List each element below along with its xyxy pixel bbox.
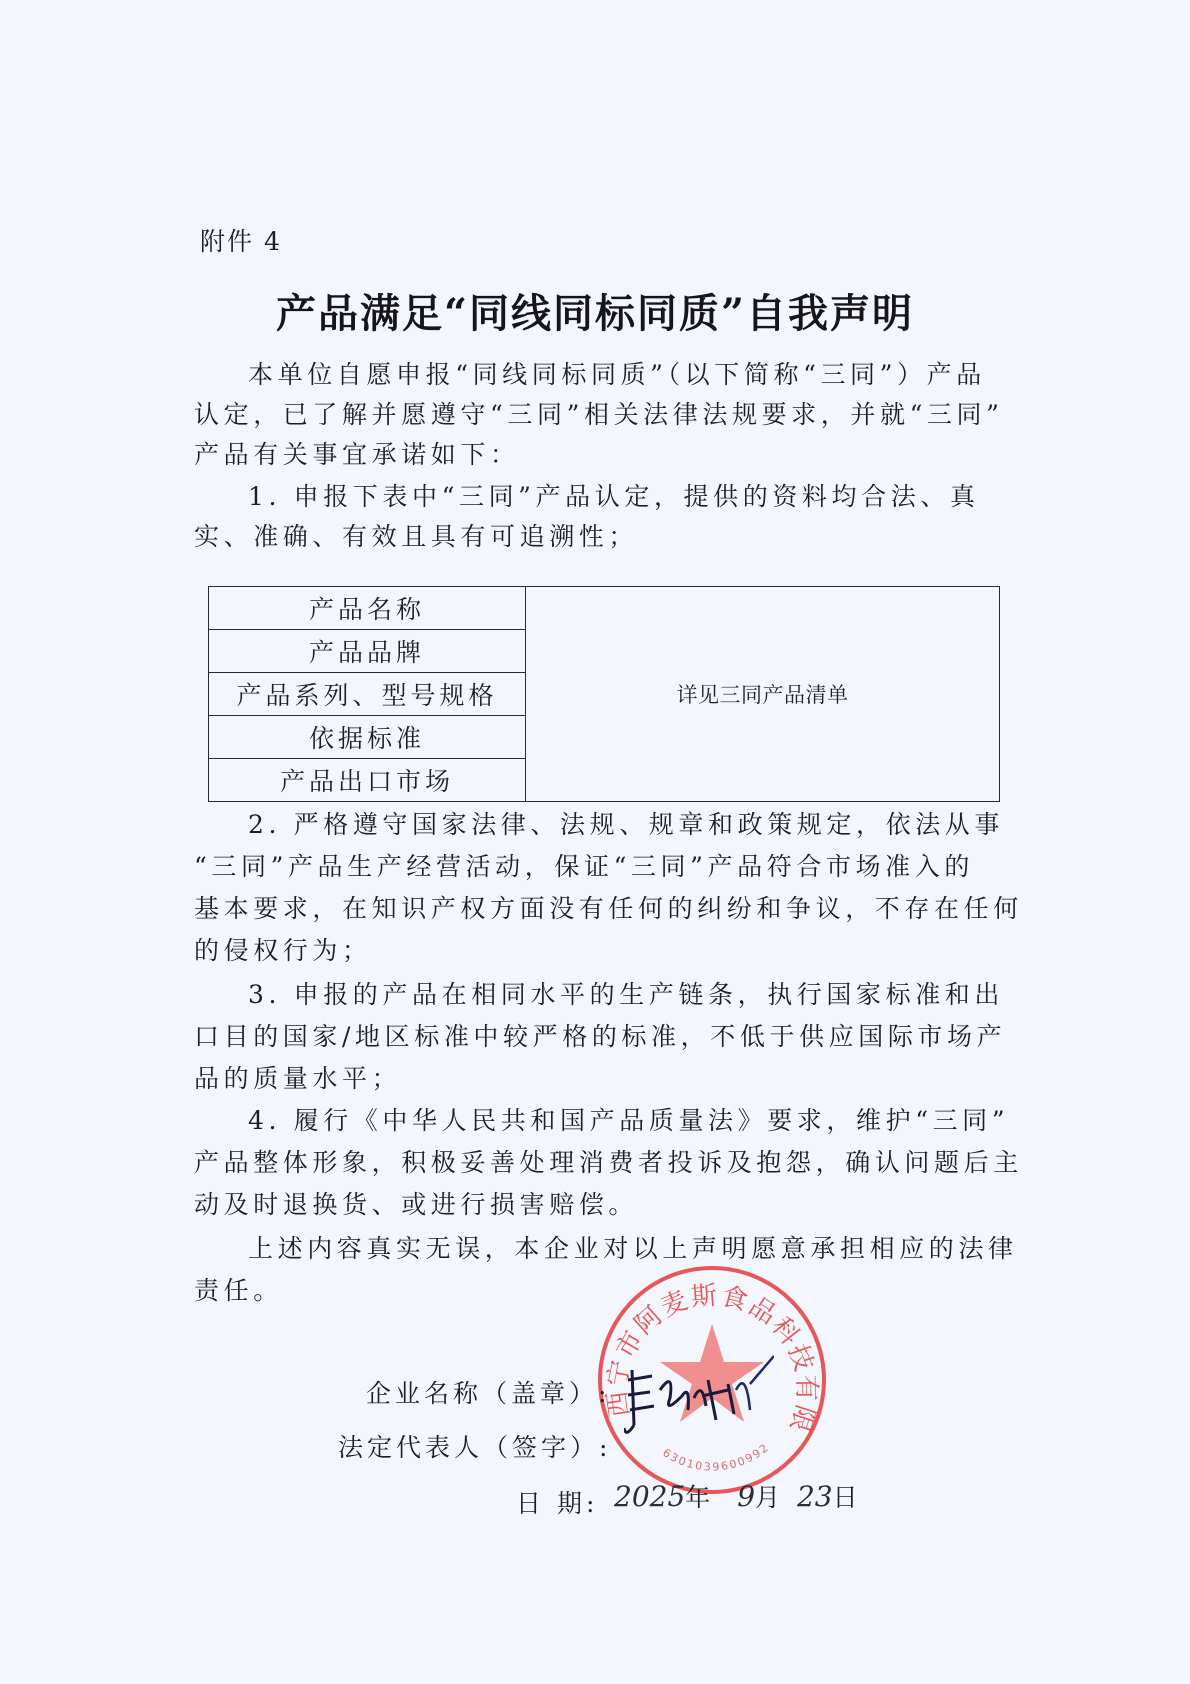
text-line: 2. 严格遵守国家法律、法规、规章和政策规定，依法从事 [248,808,1004,842]
svg-text:6301039600992: 6301039600992 [660,1440,772,1473]
text-line: 产品整体形象，积极妥善处理消费者投诉及抱怨，确认问题后主 [194,1146,1023,1180]
table-cell-label: 产品系列、型号规格 [209,673,526,716]
date-month: 9 [737,1480,755,1513]
date-day-unit: 日 [833,1483,858,1512]
text-line: 实、准确、有效且具有可追溯性； [194,520,638,554]
table-cell-label: 依据标准 [209,716,526,759]
table-cell-label: 产品出口市场 [209,759,526,802]
date-year: 2025 [614,1480,685,1513]
text-line: 4. 履行《中华人民共和国产品质量法》要求，维护“三同” [248,1104,1009,1138]
text-line: 责任。 [194,1274,283,1308]
product-info-table: 产品名称 详见三同产品清单 产品品牌 产品系列、型号规格 依据标准 产品出口市场 [208,586,1000,802]
text-line: 产品有关事宜承诺如下： [194,438,520,472]
table-cell-merged-value: 详见三同产品清单 [526,587,1000,802]
text-line: 的侵权行为； [194,934,372,968]
legal-rep-label: 法定代表人（签字）: [338,1428,611,1464]
date-value: 2025年 9月 23日 [614,1478,858,1514]
attachment-label: 附件 4 [200,222,282,258]
table-row: 产品名称 详见三同产品清单 [209,587,1000,630]
table-cell-label: 产品名称 [209,587,526,630]
text-line: 3. 申报的产品在相同水平的生产链条，执行国家标准和出 [248,978,1004,1012]
table-cell-label: 产品品牌 [209,630,526,673]
text-line: 1. 申报下表中“三同”产品认定，提供的资料均合法、真 [248,480,980,514]
date-day: 23 [797,1480,833,1513]
text-line: 认定，已了解并愿遵守“三同”相关法律法规要求，并就“三同” [194,398,1004,432]
company-name-label: 企业名称（盖章）: [366,1374,610,1410]
text-line: 品的质量水平； [194,1062,401,1096]
handwritten-signature-icon [624,1350,774,1440]
text-line: 本单位自愿申报“同线同标同质”（以下简称“三同”）产品 [248,358,986,392]
date-month-unit: 月 [755,1483,780,1512]
date-year-unit: 年 [685,1483,710,1512]
text-line: 基本要求，在知识产权方面没有任何的纠纷和争议，不存在任何 [194,892,1023,926]
page-title: 产品满足“同线同标同质”自我声明 [0,282,1190,339]
text-line: 动及时退换货、或进行损害赔偿。 [194,1188,638,1222]
text-line: 口目的国家/地区标准中较严格的标准，不低于供应国际市场产 [194,1020,1006,1054]
text-line: “三同”产品生产经营活动，保证“三同”产品符合市场准入的 [194,850,974,884]
date-label: 日 期: [516,1484,598,1520]
text-line: 上述内容真实无误，本企业对以上声明愿意承担相应的法律 [248,1232,1018,1266]
